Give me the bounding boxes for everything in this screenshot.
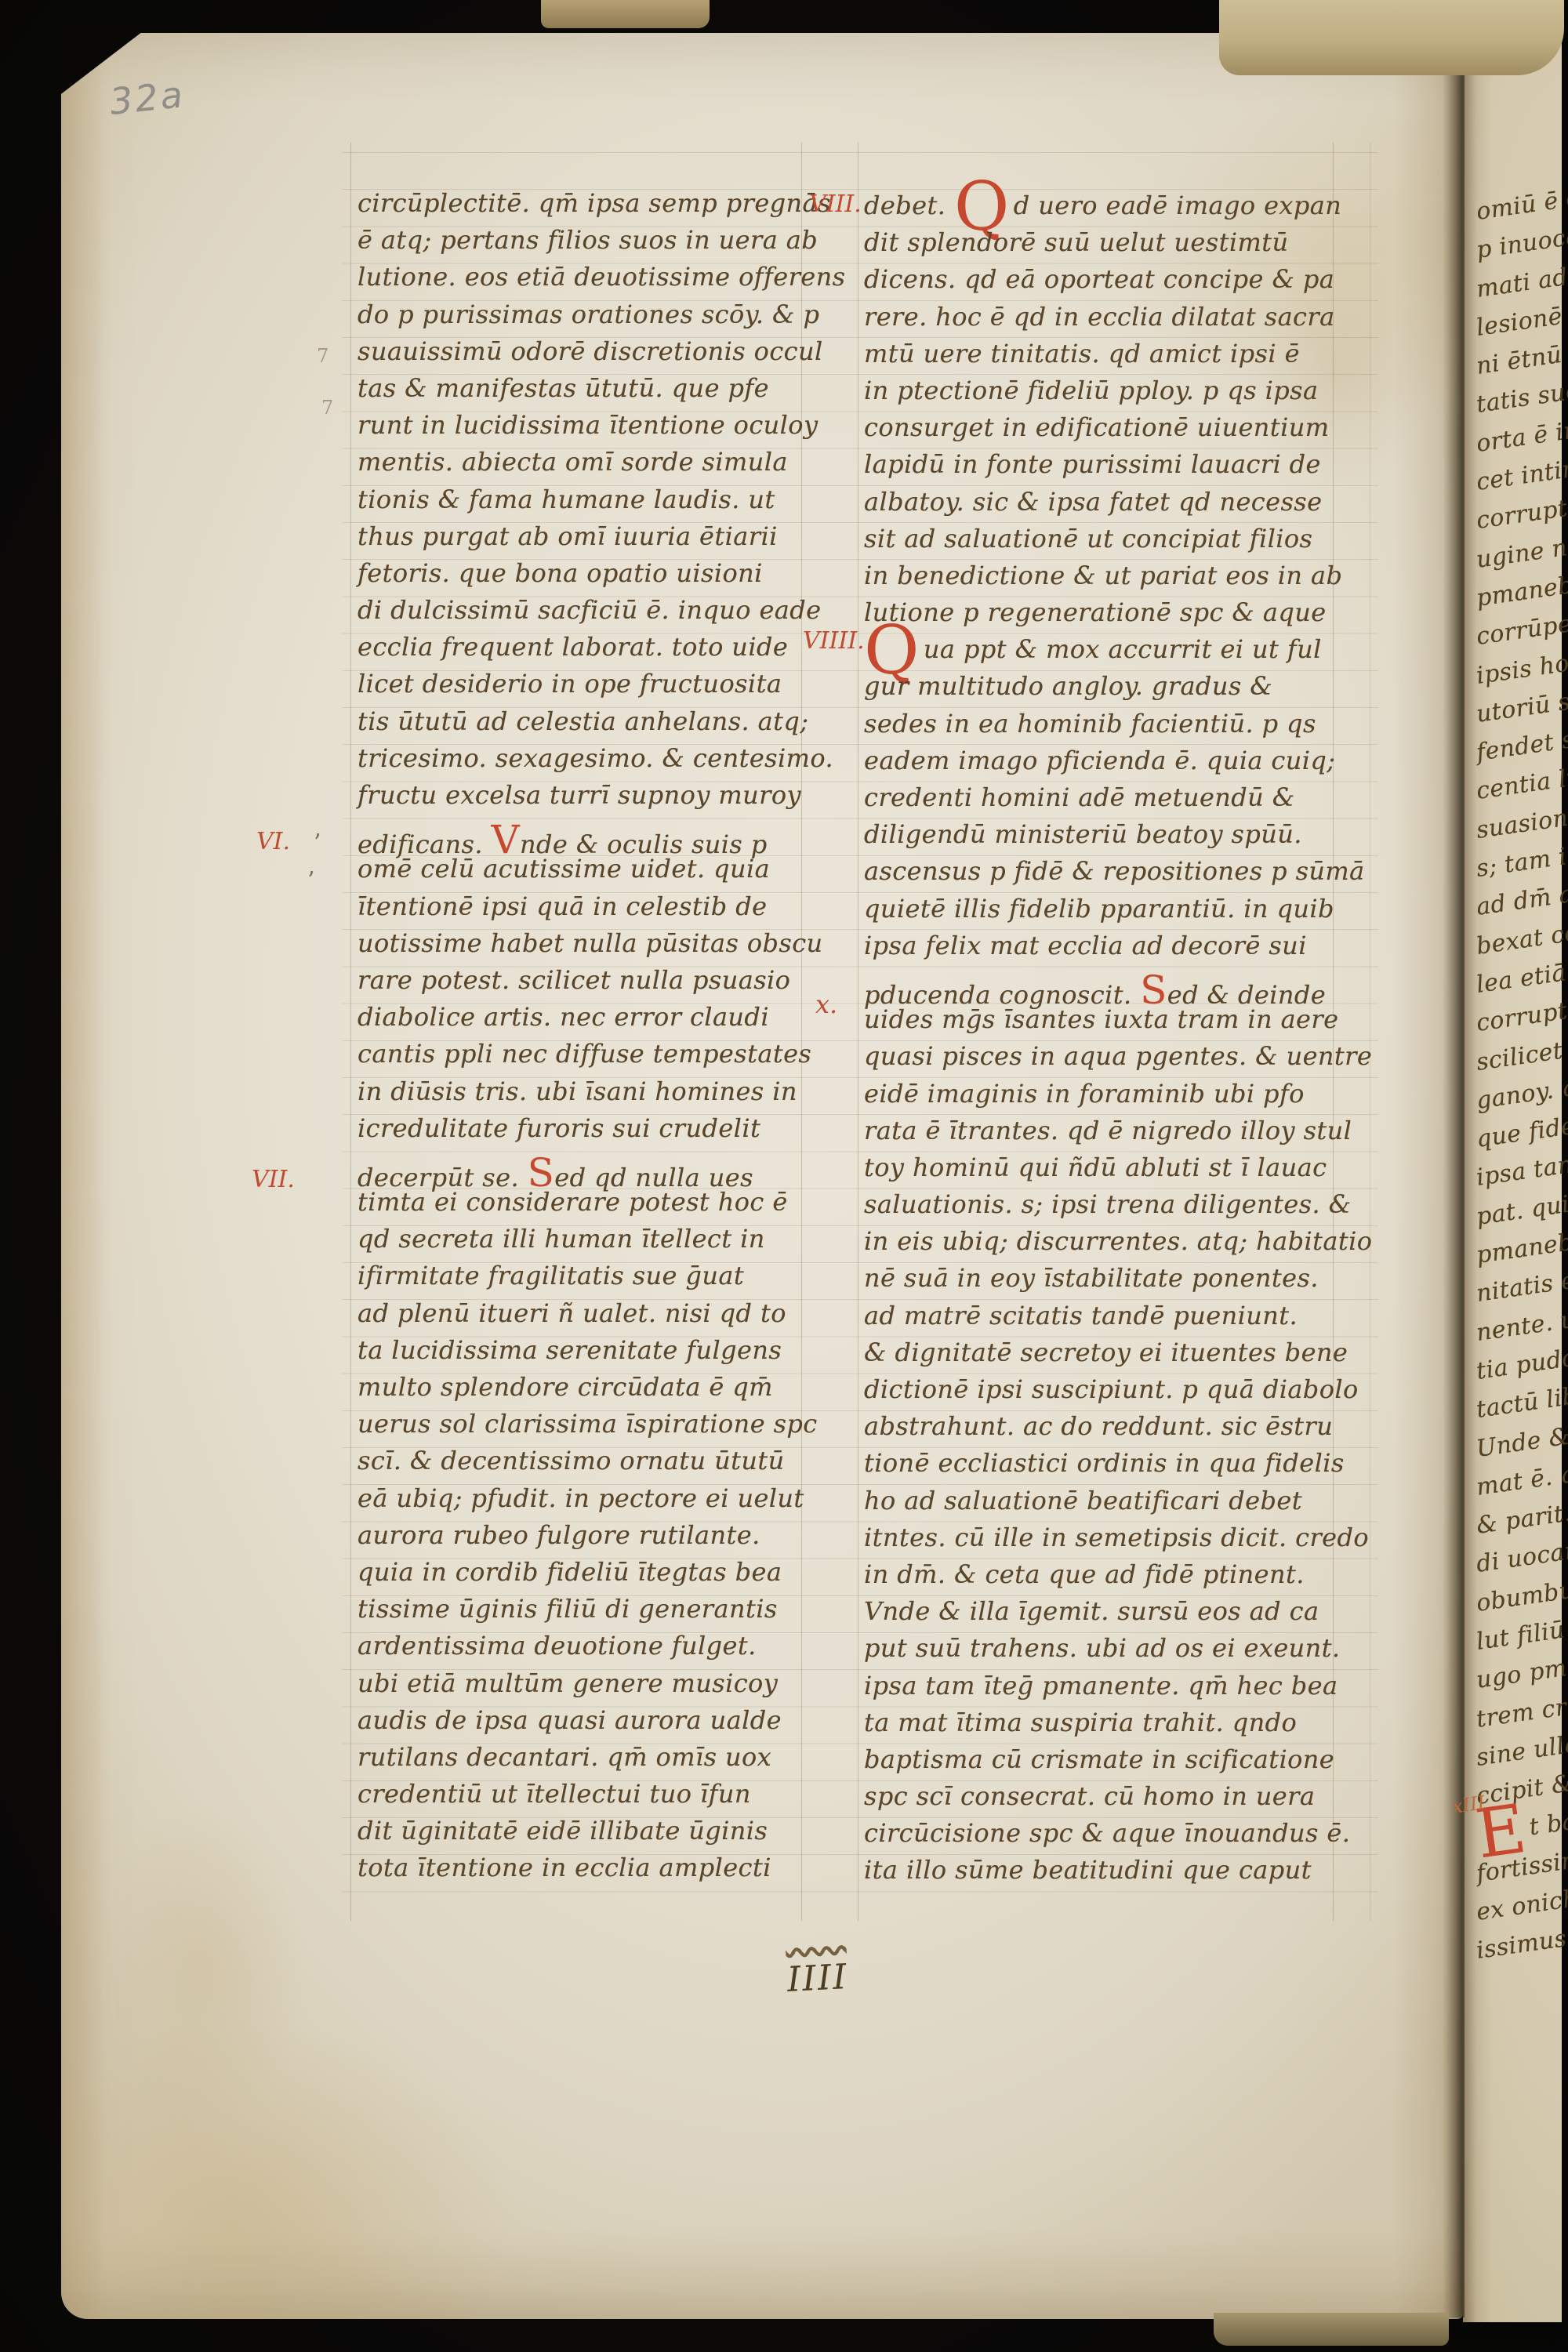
- text-line: in ptectionē fideliū pploy. p qs ipsa: [864, 376, 1334, 412]
- page-corner-curl: [1219, 0, 1564, 75]
- text-line: dicens. qd eā oporteat concipe & pa: [864, 264, 1334, 301]
- text-column-left: circūplectitē. qm̄ ipsa semp pregnāsē at…: [358, 188, 808, 1890]
- ruling-line-vertical: [350, 143, 351, 1921]
- text-line: credentiū ut ītellectui tuo īfun: [358, 1779, 808, 1816]
- text-line: ita illo sūme beatitudini que caput: [864, 1855, 1334, 1892]
- text-line: runt in lucidissima ītentione oculoy: [358, 410, 808, 447]
- text-line: ubi etiā multūm genere musicoy: [358, 1668, 808, 1705]
- text-line: mtū uere tinitatis. qd amict ipsi ē: [864, 339, 1334, 376]
- text-line: rare potest. scilicet nulla psuasio: [358, 965, 808, 1002]
- text-line: mentis. abiecta omī sorde simula: [358, 447, 808, 484]
- text-line: licet desiderio in ope fructuosita: [358, 669, 808, 706]
- text-line: sedes in ea hominib facientiū. p qs: [864, 709, 1334, 746]
- text-line: edificans. Vnde & oculis suis p: [358, 817, 808, 854]
- text-line: circūplectitē. qm̄ ipsa semp pregnās: [358, 188, 808, 225]
- chapter-numeral-viiii: VIIII.: [803, 627, 865, 655]
- text-line: ē atq; pertans filios suos in uera ab: [358, 225, 808, 262]
- text-line: in diūsis tris. ubi īsani homines in: [358, 1076, 808, 1113]
- text-line: eadem imago pficienda ē. quia cuiq;: [864, 746, 1334, 782]
- text-line: eidē imaginis in foraminib ubi pfo: [864, 1079, 1334, 1116]
- book-edge-bottom: [1214, 2313, 1449, 2346]
- text-column-next-page-edge: omiū ē oblap inuocationmati ad salulesio…: [1477, 193, 1568, 1971]
- text-line: icredulitate furoris sui crudelit: [358, 1113, 808, 1150]
- text-line: rere. hoc ē qd in ecclia dilatat sacra: [864, 302, 1334, 339]
- text-line: put suū trahens. ubi ad os ei exeunt.: [864, 1633, 1334, 1670]
- text-line: ipsa felix mat ecclia ad decorē sui: [864, 931, 1334, 967]
- text-line: lapidū in fonte purissimi lauacri de: [864, 449, 1334, 486]
- text-line: dictionē ipsi suscipiunt. p quā diabolo: [864, 1374, 1334, 1411]
- text-line: do p purissimas orationes scōy. & p: [358, 299, 808, 336]
- margin-tick-mark: 7: [321, 397, 333, 419]
- text-line: ecclia frequent laborat. toto uide: [358, 632, 808, 669]
- text-line: quasi pisces in aqua pgentes. & uentre: [864, 1041, 1334, 1078]
- margin-tick-mark: ’: [314, 829, 321, 857]
- text-line: toy hominū qui ñdū abluti st ī lauac: [864, 1152, 1334, 1189]
- text-line: scī. & decentissimo ornatu ūtutū: [358, 1446, 808, 1483]
- text-line: thus purgat ab omī iuuria ētiarii: [358, 521, 808, 558]
- text-line: tas & manifestas ūtutū. que pfe: [358, 373, 808, 410]
- text-line: ascensus p fidē & repositiones p sūmā: [864, 856, 1334, 893]
- text-line: qd secreta illi human ītellect in: [358, 1224, 808, 1261]
- margin-tick-mark: 7: [317, 345, 328, 367]
- text-line: decerpūt se. Sed qd nulla ues: [358, 1150, 808, 1187]
- chapter-numeral-vii: VII.: [252, 1166, 295, 1193]
- ruling-line-vertical: [1370, 143, 1370, 1921]
- ruling-line-vertical: [858, 143, 858, 1921]
- text-line: lutione. eos etiā deuotissime offerens: [358, 262, 808, 299]
- text-line: quia in cordib fideliū ītegtas bea: [358, 1557, 808, 1594]
- text-line: tota ītentione in ecclia amplecti: [358, 1853, 808, 1889]
- text-line: in eis ubiq; discurrentes. atq; habitati…: [864, 1226, 1334, 1263]
- text-line: tionis & fama humane laudis. ut: [358, 485, 808, 521]
- text-line: debet. Qd uero eadē imago expan: [864, 191, 1334, 227]
- text-line: audis de ipsa quasi aurora ualde: [358, 1705, 808, 1742]
- text-line: aurora rubeo fulgore rutilante.: [358, 1520, 808, 1557]
- text-line: ho ad saluationē beatificari debet: [864, 1486, 1334, 1523]
- text-line: ta mat ītima suspiria trahit. qndo: [864, 1708, 1334, 1744]
- text-line: in dm̄. & ceta que ad fidē ptinent.: [864, 1559, 1334, 1596]
- text-line: sit ad saluationē ut concipiat filios: [864, 524, 1334, 561]
- margin-tick-mark: ’: [307, 867, 315, 895]
- text-line: baptisma cū crismate in scificatione: [864, 1744, 1334, 1781]
- text-line: gur multitudo angloy. gradus &: [864, 671, 1334, 708]
- text-line: suauissimū odorē discretionis occul: [358, 336, 808, 373]
- text-line: eā ubiq; pfudit. in pectore ei uelut: [358, 1483, 808, 1520]
- text-line: Qua ppt & mox accurrit ei ut ful: [864, 634, 1334, 671]
- chapter-numeral-vi: VI.: [256, 828, 290, 855]
- text-line: rata ē ītrantes. qd ē nigredo illoy stul: [864, 1116, 1334, 1152]
- text-line: consurget in edificationē uiuentium: [864, 412, 1334, 449]
- text-line: cantis ppli nec diffuse tempestates: [358, 1039, 808, 1076]
- text-line: nē suā in eoy īstabilitate ponentes.: [864, 1263, 1334, 1300]
- text-line: omē celū acutissime uidet. quia: [358, 854, 808, 891]
- text-line: saluationis. s; ipsi trena diligentes. &: [864, 1189, 1334, 1226]
- quire-signature: IIII: [786, 1957, 849, 2000]
- text-line: albatoy. sic & ipsa fatet qd necesse: [864, 487, 1334, 524]
- text-line: itntes. cū ille in semetipsis dicit. cre…: [864, 1523, 1334, 1559]
- parchment-stain: [102, 1803, 306, 2132]
- manuscript-photo: 32a circūplectitē. qm̄ ipsa semp pregnās…: [0, 0, 1568, 2352]
- text-line: timta ei considerare potest hoc ē: [358, 1187, 808, 1224]
- text-line: dit ūginitatē eidē illibate ūginis: [358, 1816, 808, 1853]
- book-edge-top: [541, 0, 710, 28]
- text-line: lutione p regenerationē spc & aque: [864, 597, 1334, 634]
- text-line: ipsa tam īteḡ pmanente. qm̄ hec bea: [864, 1671, 1334, 1708]
- text-line: tis ūtutū ad celestia anhelans. atq;: [358, 706, 808, 743]
- text-line: fetoris. que bona opatio uisioni: [358, 558, 808, 595]
- text-line: in benedictione & ut pariat eos in ab: [864, 561, 1334, 597]
- text-line: rutilans decantari. qm̄ omīs uox: [358, 1742, 808, 1779]
- text-line: ad plenū itueri ñ ualet. nisi qd to: [358, 1298, 808, 1335]
- text-line: credenti homini adē metuendū &: [864, 782, 1334, 819]
- text-line: tionē eccliastici ordinis in qua fidelis: [864, 1448, 1334, 1485]
- text-line: uotissime habet nulla pūsitas obscu: [358, 928, 808, 965]
- chapter-numeral-viii: VIII.: [809, 191, 862, 218]
- text-line: ta lucidissima serenitate fulgens: [358, 1335, 808, 1372]
- text-line: uerus sol clarissima īspiratione spc: [358, 1409, 808, 1446]
- text-line: tricesimo. sexagesimo. & centesimo.: [358, 743, 808, 780]
- text-line: ardentissima deuotione fulget.: [358, 1631, 808, 1668]
- text-line: quietē illis fidelib pparantiū. in quib: [864, 894, 1334, 931]
- text-line: abstrahunt. ac do reddunt. sic ēstru: [864, 1411, 1334, 1448]
- text-line: fructu excelsa turrī supnoy muroy: [358, 780, 808, 817]
- text-line: circūcisione spc & aque īnouandus ē.: [864, 1818, 1334, 1855]
- text-line: spc scī consecrat. cū homo in uera: [864, 1781, 1334, 1818]
- text-line: tissime ūginis filiū di generantis: [358, 1594, 808, 1631]
- text-line: diligendū ministeriū beatoy spūū.: [864, 819, 1334, 856]
- text-line: multo splendore circūdata ē qm̄: [358, 1372, 808, 1409]
- text-line: ifirmitate fragilitatis sue ḡuat: [358, 1261, 808, 1298]
- chapter-numeral-xiii: xIII: [1450, 1791, 1486, 1818]
- chapter-numeral-x: x.: [815, 989, 837, 1019]
- text-line: uides mḡs īsantes iuxta tram in aere: [864, 1004, 1334, 1041]
- folio-number-pencil: 32a: [107, 73, 187, 123]
- text-line: dit splendorē suū uelut uestimtū: [864, 227, 1334, 264]
- text-column-right: debet. Qd uero eadē imago expandit splen…: [864, 191, 1334, 1893]
- text-line: ad matrē scitatis tandē pueniunt.: [864, 1301, 1334, 1338]
- text-line: di dulcissimū sacficiū ē. inquo eade: [358, 595, 808, 632]
- text-line: diabolice artis. nec error claudi: [358, 1002, 808, 1039]
- gutter-shadow: [1443, 31, 1465, 2318]
- text-line: pducenda cognoscit. Sed & deinde: [864, 967, 1334, 1004]
- text-line: & dignitatē secretoy ei ituentes bene: [864, 1338, 1334, 1374]
- text-line: Vnde & illa īgemit. sursū eos ad ca: [864, 1596, 1334, 1633]
- text-line: ītentionē ipsi quā in celestib de: [358, 891, 808, 928]
